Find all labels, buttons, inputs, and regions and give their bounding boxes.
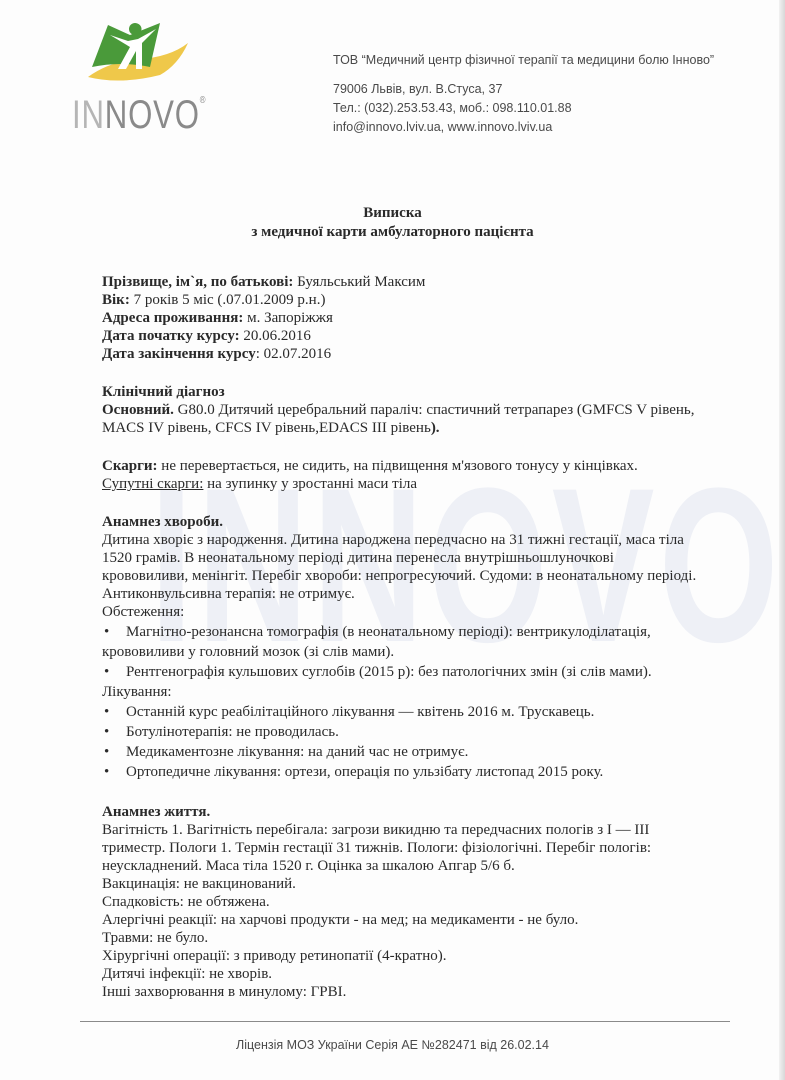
treatment-item: •Ботулінотерапія: не проводилась. <box>102 723 742 741</box>
course-start: Дата початку курсу: 20.06.2016 <box>102 327 742 345</box>
patient-age: Вік: 7 років 5 міс (.07.01.2009 р.н.) <box>102 291 742 309</box>
life-history-heading: Анамнез життя. <box>102 803 742 821</box>
life-history-item: Алергічні реакції: на харчові продукти -… <box>102 911 742 929</box>
document-title: Виписка з медичної карти амбулаторного п… <box>0 204 785 242</box>
complaints: Скарги: не перевертається, не сидить, на… <box>102 457 742 493</box>
patient-name: Прізвище, ім`я, по батькові: Буяльський … <box>102 273 742 291</box>
treatment-item: •Останній курс реабілітаційного лікуванн… <box>102 703 742 721</box>
letterhead: ТОВ “Медичний центр фізичної терапії та … <box>333 51 714 137</box>
footer-divider <box>80 1021 730 1022</box>
diagnosis-main: Основний. G80.0 Дитячий церебральний пар… <box>102 401 742 419</box>
clinical-diagnosis: Клінічний діагноз Основний. G80.0 Дитячи… <box>102 383 742 437</box>
disease-history-line: крововиливи, менінгіт. Перебіг хвороби: … <box>102 567 742 585</box>
course-end: Дата закінчення курсу: 02.07.2016 <box>102 345 742 363</box>
patient-address: Адреса проживання: м. Запоріжжя <box>102 309 742 327</box>
treatment-label: Лікування: <box>102 683 742 701</box>
innovo-logo: INNOVO® <box>60 15 210 135</box>
treatment-item: •Ортопедичне лікування: ортези, операція… <box>102 763 742 781</box>
patient-info: Прізвище, ім`я, по батькові: Буяльський … <box>102 273 742 363</box>
title-line-2: з медичної карти амбулаторного пацієнта <box>0 223 785 242</box>
footer-license: Ліцензія МОЗ України Серія АЕ №282471 ві… <box>0 1038 785 1052</box>
document-body: Прізвище, ім`я, по батькові: Буяльський … <box>102 273 742 1001</box>
life-history: Анамнез життя. Вагітність 1. Вагітність … <box>102 803 742 1001</box>
organization-address: 79006 Львів, вул. В.Стуса, 37 <box>333 80 714 99</box>
logo-wordmark: INNOVO® <box>72 93 206 138</box>
diagnosis-main-cont: MACS IV рівень, CFCS IV рівень,EDACS III… <box>102 419 742 437</box>
bullet-icon: • <box>102 623 126 641</box>
pregnancy-line: триместр. Пологи 1. Термін гестації 31 т… <box>102 839 742 857</box>
disease-history: Анамнез хвороби. Дитина хворіє з народже… <box>102 513 742 781</box>
disease-history-line: Антиконвульсивна терапія: не отримує. <box>102 585 742 603</box>
bullet-icon: • <box>102 723 126 741</box>
disease-history-heading: Анамнез хвороби. <box>102 513 742 531</box>
bullet-icon: • <box>102 703 126 721</box>
organization-phones: Тел.: (032).253.53.43, моб.: 098.110.01.… <box>333 99 714 118</box>
life-history-item: Дитячі інфекції: не хворів. <box>102 965 742 983</box>
treatment-item: •Медикаментозне лікування: на даний час … <box>102 743 742 761</box>
organization-contacts: info@innovo.lviv.ua, www.innovo.lviv.ua <box>333 118 714 137</box>
life-history-item: Спадковість: не обтяжена. <box>102 893 742 911</box>
pregnancy-line: неускладнений. Маса тіла 1520 г. Оцінка … <box>102 857 742 875</box>
life-history-item: Травми: не було. <box>102 929 742 947</box>
life-history-item: Вакцинація: не вакцинований. <box>102 875 742 893</box>
bullet-icon: • <box>102 663 126 681</box>
exam-item: •Рентгенографія кульшових суглобів (2015… <box>102 663 742 681</box>
title-line-1: Виписка <box>0 204 785 223</box>
life-history-item: Інші захворювання в минулому: ГРВІ. <box>102 983 742 1001</box>
complaints-secondary: Супутні скарги: на зупинку у зростанні м… <box>102 475 742 493</box>
life-history-item: Хірургічні операції: з приводу ретинопат… <box>102 947 742 965</box>
disease-history-line: 1520 грамів. В неонатальному періоді дит… <box>102 549 742 567</box>
pregnancy-line: Вагітність 1. Вагітність перебігала: заг… <box>102 821 742 839</box>
organization-name: ТОВ “Медичний центр фізичної терапії та … <box>333 51 714 70</box>
exam-item: •Магнітно-резонансна томографія (в неона… <box>102 623 742 661</box>
logo-figure-icon <box>80 15 190 85</box>
exams-label: Обстеження: <box>102 603 742 621</box>
bullet-icon: • <box>102 763 126 781</box>
diagnosis-heading: Клінічний діагноз <box>102 383 742 401</box>
disease-history-line: Дитина хворіє з народження. Дитина народ… <box>102 531 742 549</box>
complaints-main: Скарги: не перевертається, не сидить, на… <box>102 457 742 475</box>
bullet-icon: • <box>102 743 126 761</box>
